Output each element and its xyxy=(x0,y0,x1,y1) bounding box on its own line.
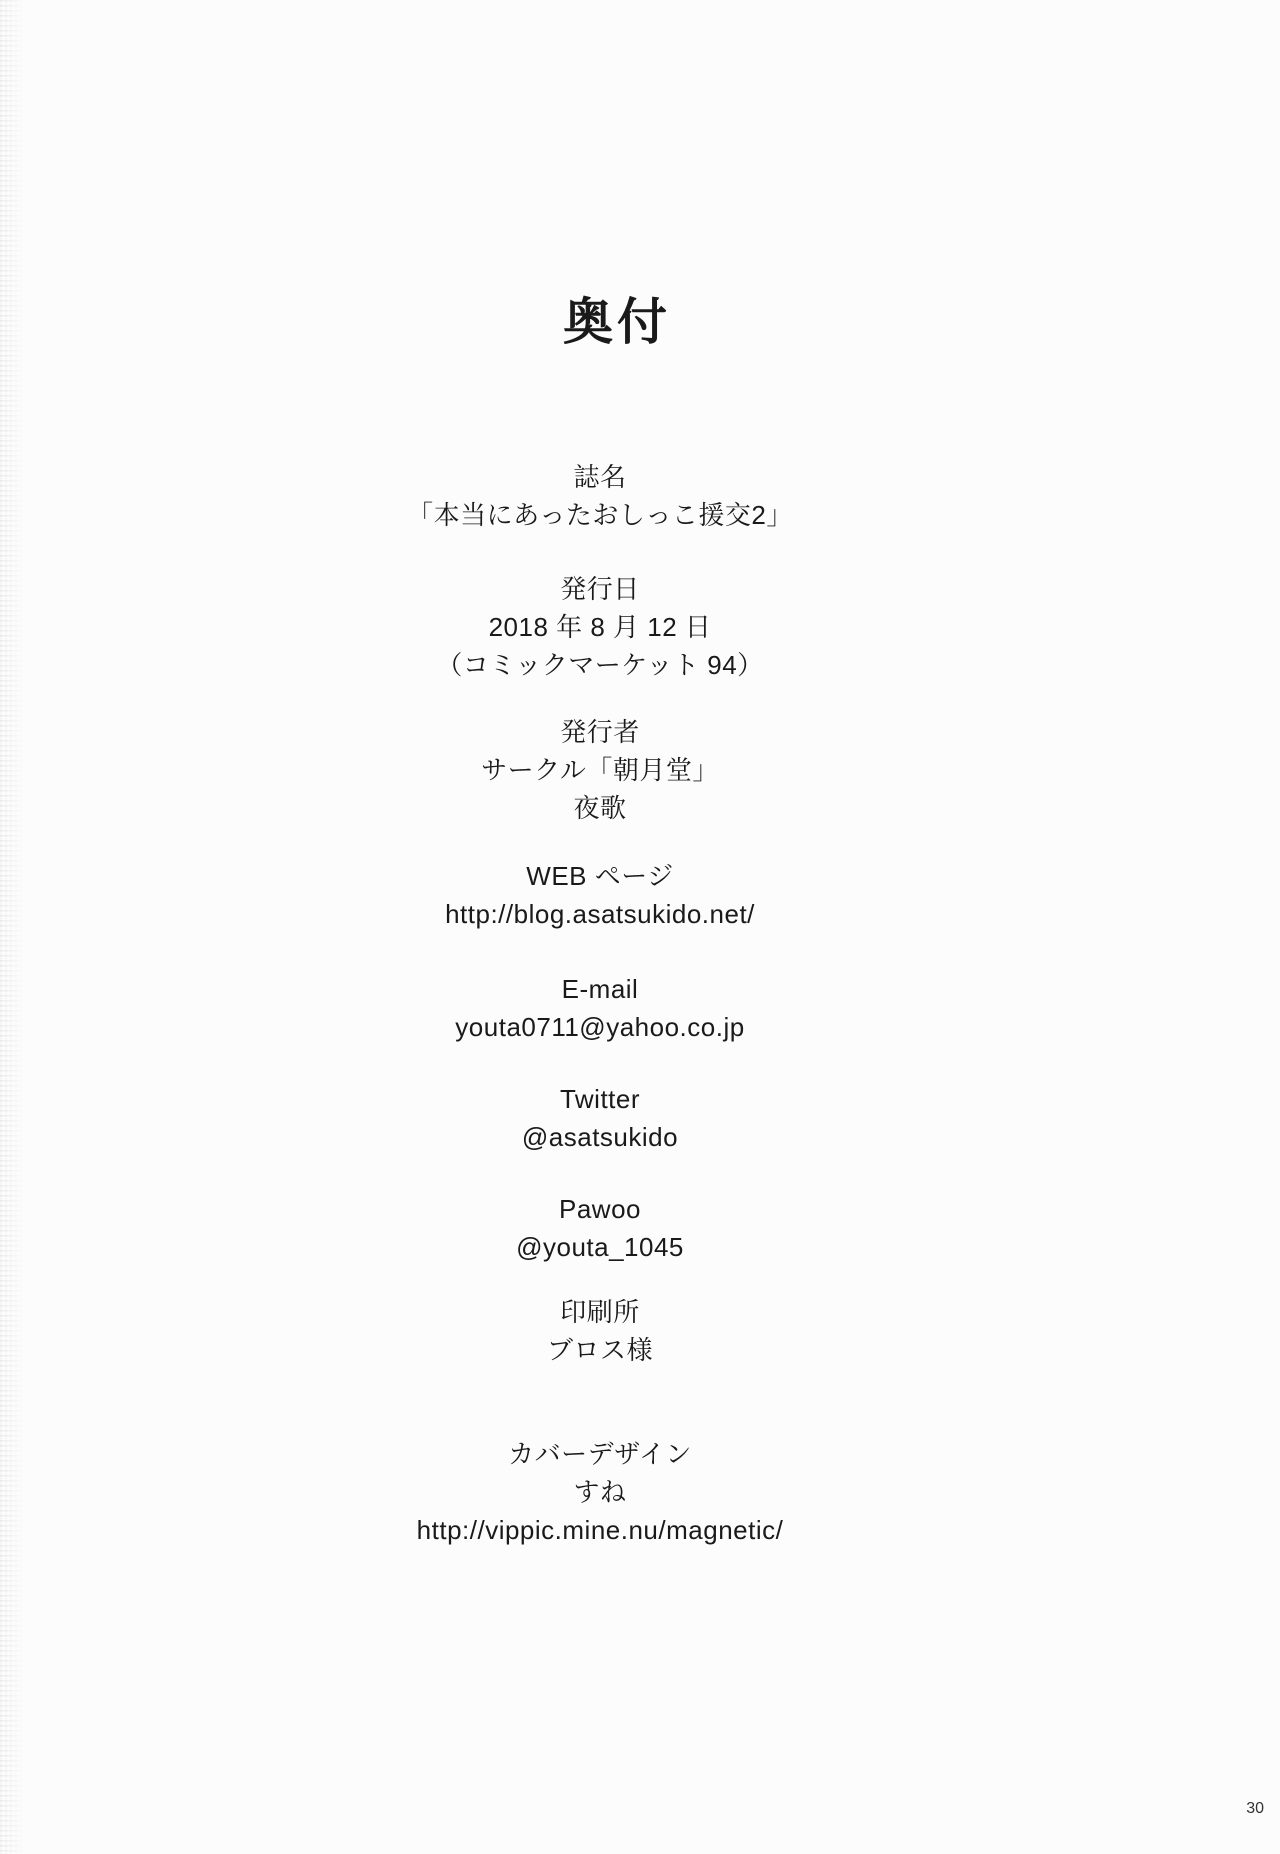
section-label: WEB ページ xyxy=(0,857,1200,895)
scanned-colophon-page: 奥付 誌名 「本当にあったおしっこ援交2」 発行日 2018 年 8 月 12 … xyxy=(0,0,1280,1854)
publication-date-section: 発行日 2018 年 8 月 12 日 （コミックマーケット 94） xyxy=(0,570,1200,684)
magazine-name-section: 誌名 「本当にあったおしっこ援交2」 xyxy=(0,458,1200,534)
section-label: 印刷所 xyxy=(0,1293,1200,1331)
pawoo-handle-text: @youta_1045 xyxy=(0,1228,1200,1266)
circle-name-text: サークル「朝月堂」 xyxy=(0,751,1200,789)
author-name-text: 夜歌 xyxy=(0,789,1200,827)
web-page-url-text: http://blog.asatsukido.net/ xyxy=(0,895,1200,933)
magazine-title-text: 「本当にあったおしっこ援交2」 xyxy=(0,496,1200,534)
printer-section: 印刷所 ブロス様 xyxy=(0,1293,1200,1369)
pawoo-section: Pawoo @youta_1045 xyxy=(0,1190,1200,1266)
section-label: カバーデザイン xyxy=(0,1435,1200,1473)
section-label: Twitter xyxy=(0,1080,1200,1118)
publication-date-text: 2018 年 8 月 12 日 xyxy=(0,608,1200,646)
twitter-section: Twitter @asatsukido xyxy=(0,1080,1200,1156)
cover-designer-name-text: すね xyxy=(0,1473,1200,1511)
event-name-text: （コミックマーケット 94） xyxy=(0,646,1200,684)
publisher-section: 発行者 サークル「朝月堂」 夜歌 xyxy=(0,713,1200,827)
section-label: 発行日 xyxy=(0,570,1200,608)
page-number: 30 xyxy=(1246,1800,1264,1818)
cover-design-section: カバーデザイン すね http://vippic.mine.nu/magneti… xyxy=(0,1435,1200,1549)
cover-designer-url-text: http://vippic.mine.nu/magnetic/ xyxy=(0,1511,1200,1549)
section-label: 誌名 xyxy=(0,458,1200,496)
section-label: E-mail xyxy=(0,970,1200,1008)
email-section: E-mail youta0711@yahoo.co.jp xyxy=(0,970,1200,1046)
printer-name-text: ブロス様 xyxy=(0,1331,1200,1369)
page-title: 奥付 xyxy=(17,282,1217,354)
web-page-section: WEB ページ http://blog.asatsukido.net/ xyxy=(0,857,1200,933)
section-label: 発行者 xyxy=(0,713,1200,751)
email-address-text: youta0711@yahoo.co.jp xyxy=(0,1008,1200,1046)
section-label: Pawoo xyxy=(0,1190,1200,1228)
twitter-handle-text: @asatsukido xyxy=(0,1118,1200,1156)
